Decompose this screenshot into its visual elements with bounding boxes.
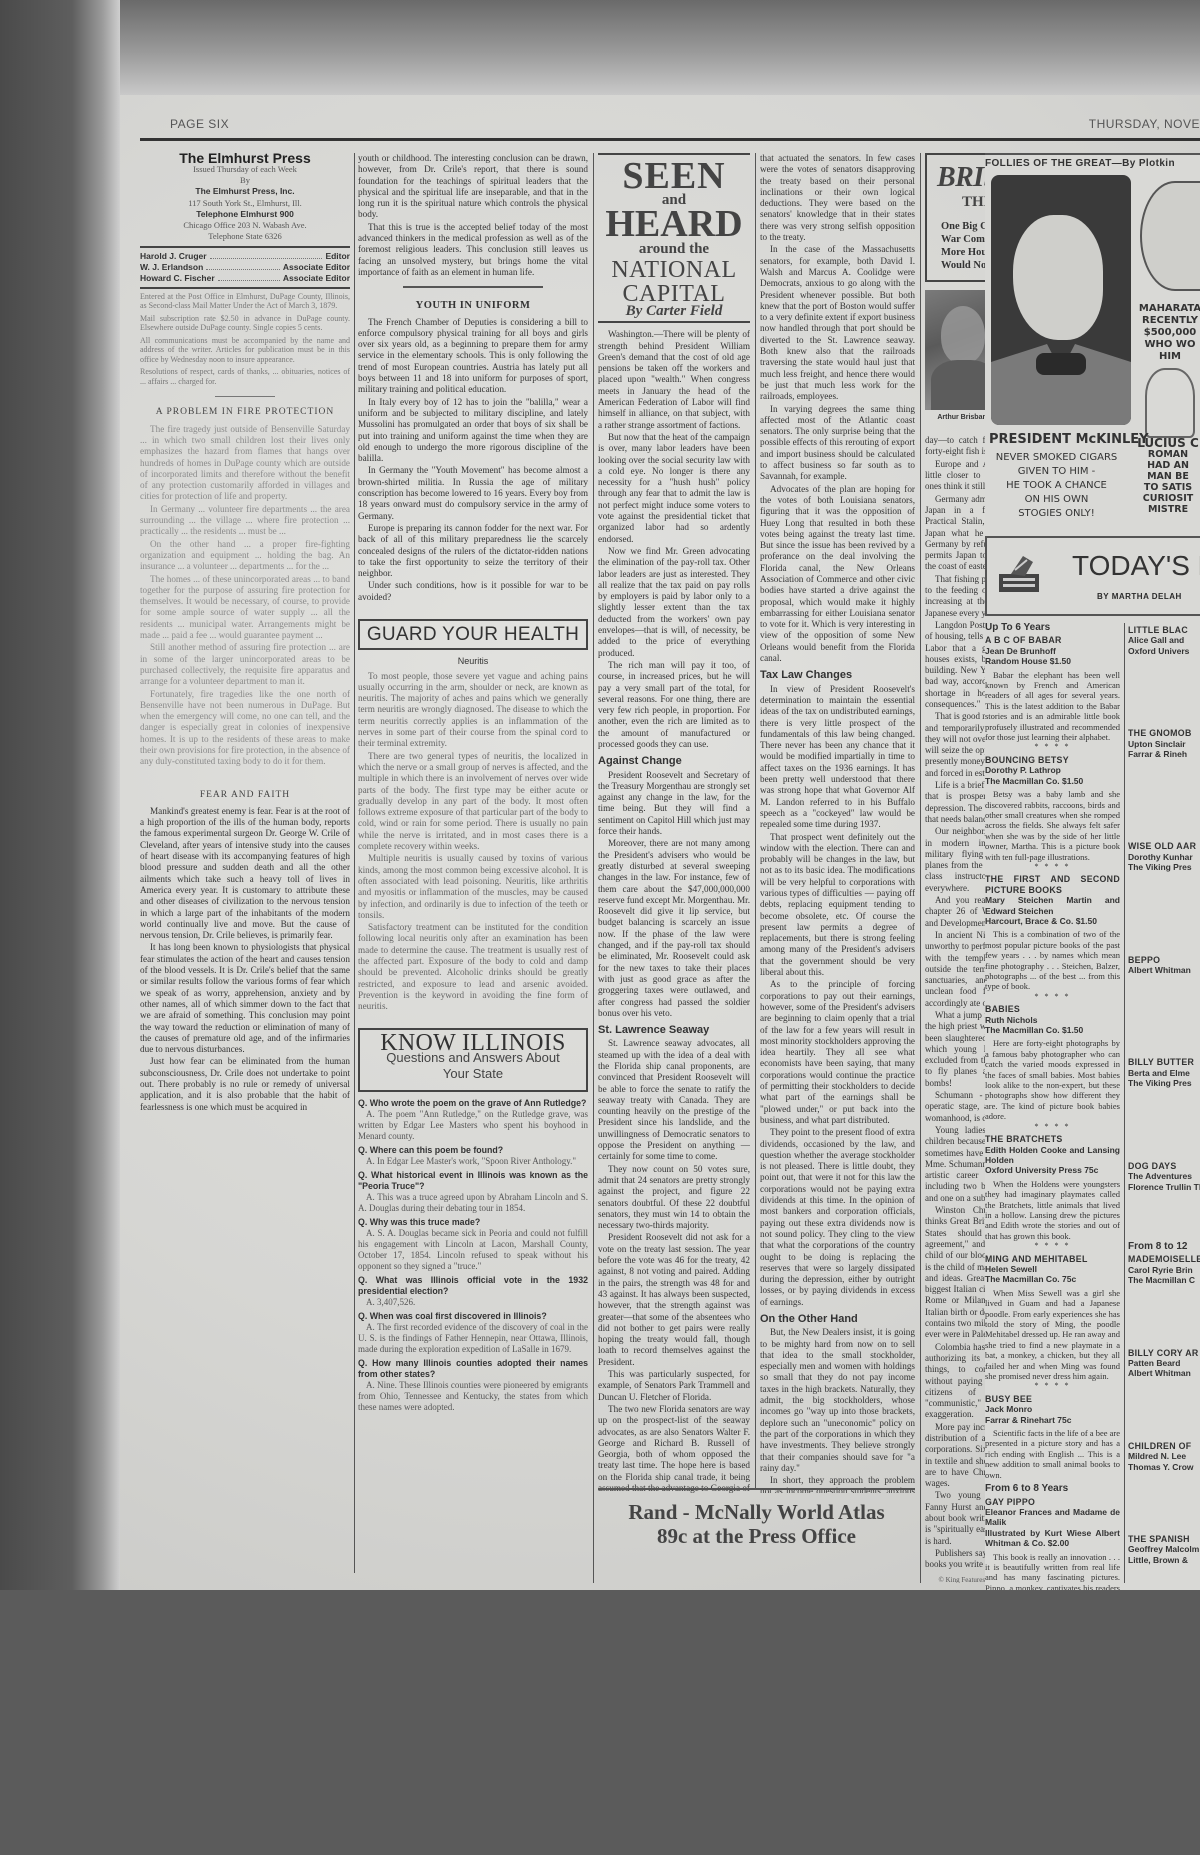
book-description: Babar the elephant has been well known b… [985, 670, 1120, 743]
paragraph: In Germany ... volunteer fire department… [140, 504, 350, 538]
book-publisher: The Macmillan C [1128, 1275, 1200, 1285]
banner-word: HEARD [598, 207, 750, 241]
separator-stars: * * * * [985, 742, 1120, 752]
column-rule [354, 153, 355, 1573]
paragraph: On the other hand ... a proper fire-figh… [140, 539, 350, 573]
paragraph: that actuated the senators. In few cases… [760, 153, 915, 243]
column-features: youth or childhood. The interesting conc… [358, 153, 588, 1573]
caption-line: HAD AN [1133, 460, 1200, 471]
ad-line: 89c at the Press Office [598, 1524, 915, 1548]
question: Q. Why was this truce made? [358, 1217, 588, 1228]
book-publisher: The Viking Pres [1128, 1078, 1200, 1088]
masthead-title: The Elmhurst Press [140, 153, 350, 164]
paragraph: Moreover, there are not many among the P… [598, 838, 750, 1019]
masthead-address: 117 South York St., Elmhurst, Ill. [140, 198, 350, 209]
paragraph: The rich man will pay it too, of course,… [598, 660, 750, 750]
paragraph: President Roosevelt did not ask for a vo… [598, 1232, 750, 1368]
subhead: Tax Law Changes [760, 670, 915, 681]
editorial-headline: FEAR AND FAITH [140, 790, 350, 801]
book-author: Mildred N. Lee [1128, 1451, 1200, 1461]
page-date: THURSDAY, NOVE [1089, 117, 1200, 131]
resolutions-notice: Resolutions of respect, cards of thanks,… [140, 367, 350, 386]
book-publisher: Illustrated by Kurt Wiese Albert Whitman… [985, 1528, 1120, 1549]
book-author: Patten Beard [1128, 1358, 1200, 1368]
staff-role: Associate Editor [283, 273, 350, 284]
answer: A. Nine. These Illinois counties were pi… [358, 1380, 588, 1413]
book-publisher: Little, Brown & [1128, 1555, 1200, 1565]
book-author: Carol Ryrie Brin [1128, 1265, 1200, 1275]
staff-row: Harold J. CrugerEditor [140, 251, 350, 262]
separator-stars: * * * * [985, 992, 1120, 1002]
answer: A. The first recorded evidence of the di… [358, 1322, 588, 1355]
entry-notice: Entered at the Post Office in Elmhurst, … [140, 292, 350, 311]
masthead-by: By [140, 175, 350, 186]
book-publisher: Random House $1.50 [985, 656, 1120, 666]
paragraph: Just how fear can be eliminated from the… [140, 1056, 350, 1112]
book-publisher: Albert Whitman [1128, 1368, 1200, 1378]
book-publisher: Oxford Univers [1128, 646, 1200, 656]
paragraph: They now count on 50 votes sure, admit t… [598, 1164, 750, 1232]
scan-background-top [0, 0, 1200, 95]
book-list-left: Up To 6 Years A B C OF BABAR Jean De Bru… [985, 623, 1120, 1590]
caption-line: RECENTLY [1135, 315, 1200, 327]
age-group: From 8 to 12 [1128, 1242, 1200, 1252]
column-seen-heard-cont: that actuated the senators. In few cases… [760, 153, 915, 1493]
caption-line: NEVER SMOKED CIGARS [989, 451, 1124, 465]
paragraph: They point to the present flood of extra… [760, 1127, 915, 1308]
paragraph: As to the principle of forcing corporati… [760, 979, 915, 1126]
book-author: Dorothy P. Lathrop [985, 765, 1120, 775]
divider [403, 286, 543, 288]
book-publisher: Florence Trullin Thomas Y. Crow [1128, 1182, 1200, 1192]
byline: By Carter Field [598, 306, 750, 317]
paragraph: This was particularly suspected, for exa… [598, 1369, 750, 1403]
paragraph: To most people, those severe yet vague a… [358, 671, 588, 750]
subscription-notice: Mail subscription rate $2.50 in advance … [140, 314, 350, 333]
page-header: PAGE SIX THURSDAY, NOVE [140, 115, 1200, 141]
book-author: Jean De Brunhoff [985, 646, 1120, 656]
book-publisher: Harcourt, Brace & Co. $1.50 [985, 916, 1120, 926]
divider [215, 396, 275, 397]
paragraph: youth or childhood. The interesting conc… [358, 153, 588, 221]
book-title: BILLY CORY AR [1128, 1348, 1200, 1358]
column-rule [920, 153, 921, 1583]
staff-role: Editor [325, 251, 350, 262]
book-title: BOUNCING BETSY [985, 755, 1120, 765]
book-author: Albert Whitman [1128, 965, 1200, 975]
book-description: Here are forty-eight photographs by a fa… [985, 1038, 1120, 1121]
side-caption-1: MAHARATA RECENTLY $500,000 WHO WO HIM [1135, 303, 1200, 363]
caption-line: LUCIUS C [1133, 438, 1200, 449]
paragraph: But, the New Dealers insist, it is going… [760, 1327, 915, 1474]
side-caption-2: LUCIUS C ROMAN HAD AN MAN BE TO SATIS CU… [1133, 438, 1200, 515]
book-stack-icon [997, 552, 1041, 596]
paragraph: Multiple neuritis is usually caused by t… [358, 853, 588, 921]
age-group: From 6 to 8 Years [985, 1484, 1120, 1494]
health-body: To most people, those severe yet vague a… [358, 671, 588, 1013]
paragraph: St. Lawrence seaway advocates, all steam… [598, 1038, 750, 1162]
communications-notice: All communications must be accompanied b… [140, 336, 350, 365]
caption-line: TO SATIS [1133, 482, 1200, 493]
question: Q. When was coal first discovered in Ill… [358, 1311, 588, 1322]
question: Q. Who wrote the poem on the grave of An… [358, 1098, 588, 1109]
roman-figure [1145, 368, 1195, 438]
staff-list: Harold J. CrugerEditor W. J. ErlandsonAs… [140, 248, 350, 289]
portrait-bowtie [1036, 353, 1086, 375]
portrait-coat [991, 335, 1131, 425]
ad-line: Rand - McNally World Atlas [598, 1500, 915, 1524]
scan-background-bottom [0, 1590, 1200, 1855]
subhead: St. Lawrence Seaway [598, 1025, 750, 1036]
book-title: LITTLE BLAC [1128, 625, 1200, 635]
staff-name: Howard C. Fischer [140, 273, 215, 284]
editorial-body: The fire tragedy just outside of Bensenv… [140, 424, 350, 768]
books-banner: TODAY'S B BY MARTHA DELAH [985, 536, 1200, 616]
paragraph: In varying degrees the same thing affect… [760, 404, 915, 483]
subhead: Against Change [598, 756, 750, 767]
maharaja-portrait [1140, 181, 1200, 291]
book-description: This is a combination of two of the most… [985, 929, 1120, 991]
book-description: Scientific facts in the life of a bee ar… [985, 1428, 1120, 1480]
caption-line: $500,000 [1135, 327, 1200, 339]
qa-list: Q. Who wrote the poem on the grave of An… [358, 1098, 588, 1413]
caption-line: CURIOSIT [1133, 493, 1200, 504]
page-number: PAGE SIX [170, 117, 229, 131]
question: Q. How many Illinois counties adopted th… [358, 1358, 588, 1380]
staff-row: W. J. ErlandsonAssociate Editor [140, 262, 350, 273]
paragraph: In Italy every boy of 12 has to join the… [358, 397, 588, 465]
book-author: Mary Steichen Martin and Edward Steichen [985, 895, 1120, 916]
column-rule [1124, 623, 1125, 1583]
column-editorial: The Elmhurst Press Issued Thursday of ea… [140, 153, 350, 1573]
separator-stars: * * * * [985, 1241, 1120, 1251]
editorial-body: Mankind's greatest enemy is fear. Fear i… [140, 806, 350, 1113]
paragraph: Washington.—There will be plenty of stre… [598, 329, 750, 431]
book-description: Betsy was a baby lamb and she discovered… [985, 789, 1120, 862]
subhead: On the Other Hand [760, 1314, 915, 1325]
book-author: Edith Holden Cooke and Lansing Holden [985, 1145, 1120, 1166]
answer: A. This was a truce agreed upon by Abrah… [358, 1192, 588, 1214]
portrait-face [1013, 215, 1103, 340]
book-publisher: The Macmillan Co. 75c [985, 1274, 1120, 1284]
book-publisher: Thomas Y. Crow [1128, 1462, 1200, 1472]
book-publisher: The Macmillan Co. $1.50 [985, 1025, 1120, 1035]
cartoon-subcaption: NEVER SMOKED CIGARS GIVEN TO HIM - HE TO… [989, 451, 1124, 521]
book-author: Dorothy Kunhar [1128, 852, 1200, 862]
paragraph: The two new Florida senators are way up … [598, 1404, 750, 1493]
masthead: The Elmhurst Press Issued Thursday of ea… [140, 153, 350, 248]
caption-line: HIM [1135, 351, 1200, 363]
book-publisher: The Viking Pres [1128, 862, 1200, 872]
caption-line: ROMAN [1133, 449, 1200, 460]
caption-line: ON HIS OWN [989, 493, 1124, 507]
book-title: BABIES [985, 1004, 1120, 1014]
paragraph: It has long been known to physiologists … [140, 942, 350, 1055]
paragraph: President Roosevelt and Secretary of the… [598, 770, 750, 838]
know-illinois-banner: KNOW ILLINOIS Questions and Answers Abou… [358, 1028, 588, 1091]
answer: A. In Edgar Lee Master's work, "Spoon Ri… [358, 1156, 588, 1167]
column-seen-heard: SEEN and HEARD around the NATIONAL CAPIT… [598, 153, 750, 1493]
book-title: THE GNOMOB [1128, 728, 1200, 738]
book-author: Eleanor Frances and Madame de Malik [985, 1507, 1120, 1528]
paragraph: Europe is preparing its cannon fodder fo… [358, 523, 588, 579]
book-author: Helen Sewell [985, 1264, 1120, 1274]
caption-line: HE TOOK A CHANCE [989, 479, 1124, 493]
caption-line: MAHARATA [1135, 303, 1200, 315]
paragraph: Advocates of the plan are hoping for the… [760, 484, 915, 665]
book-publisher: The Macmillan Co. $1.50 [985, 776, 1120, 786]
book-author: Alice Gall and [1128, 635, 1200, 645]
staff-name: Harold J. Cruger [140, 251, 207, 262]
book-title: BUSY BEE [985, 1394, 1120, 1404]
book-author: Upton Sinclair [1128, 739, 1200, 749]
mckinley-portrait [991, 175, 1131, 425]
banner-word: SEEN [598, 159, 750, 193]
book-author: The Adventures [1128, 1171, 1200, 1181]
paragraph: Now we find Mr. Green advocating the eli… [598, 546, 750, 659]
book-title: MADEMOISELLE [1128, 1254, 1200, 1264]
separator-stars: * * * * [985, 862, 1120, 872]
paragraph: That this is true is the accepted belief… [358, 222, 588, 278]
staff-row: Howard C. FischerAssociate Editor [140, 273, 350, 284]
paragraph: In Germany the "Youth Movement" has beco… [358, 465, 588, 521]
paragraph: The French Chamber of Deputies is consid… [358, 317, 588, 396]
paragraph: That prospect went definitely out the wi… [760, 832, 915, 979]
know-illinois-title: KNOW ILLINOIS [364, 1038, 582, 1049]
paragraph: Under such conditions, how is it possibl… [358, 580, 588, 603]
know-illinois-subtitle: Questions and Answers About [364, 1050, 582, 1066]
book-title: CHILDREN OF [1128, 1441, 1200, 1451]
caption-line: MISTRE [1133, 504, 1200, 515]
book-publisher: Oxford University Press 75c [985, 1165, 1120, 1175]
books-banner-title: TODAY'S B [1072, 550, 1200, 582]
masthead-chicago-phone: Telephone State 6326 [140, 231, 350, 242]
book-title: MING AND MEHITABEL [985, 1254, 1120, 1264]
paragraph: Still another method of assuring fire pr… [140, 642, 350, 687]
book-title: BEPPO [1128, 955, 1200, 965]
health-banner-title: GUARD YOUR HEALTH [364, 629, 582, 640]
book-title: THE FIRST AND SECOND PICTURE BOOKS [985, 874, 1120, 895]
answer: A. 3,407,526. [358, 1297, 588, 1308]
right-column: FOLLIES OF THE GREAT—By Plotkin MAHARATA… [985, 153, 1200, 1590]
paragraph: Fortunately, fire tragedies like the one… [140, 689, 350, 768]
answer: A. S. A. Douglas became sick in Peoria a… [358, 1228, 588, 1272]
paragraph: But now that the heat of the campaign is… [598, 432, 750, 545]
atlas-advertisement: Rand - McNally World Atlas 89c at the Pr… [598, 1488, 915, 1588]
book-title: BILLY BUTTER [1128, 1057, 1200, 1067]
paragraph: There are two general types of neuritis,… [358, 751, 588, 853]
paragraph: The homes ... of these unincorporated ar… [140, 574, 350, 642]
book-author: Jack Monro [985, 1404, 1120, 1414]
staff-name: W. J. Erlandson [140, 262, 203, 273]
paragraph: Satisfactory treatment can be instituted… [358, 922, 588, 1012]
book-description: This book is really an innovation . . . … [985, 1552, 1120, 1590]
book-list-right: LITTLE BLAC Alice Gall and Oxford Univer… [1128, 623, 1200, 1590]
age-group: Up To 6 Years [985, 623, 1120, 633]
scan-background-left [0, 0, 120, 1600]
book-publisher: Farrar & Rineh [1128, 749, 1200, 759]
paragraph: The fire tragedy just outside of Bensenv… [140, 424, 350, 503]
column-rule [755, 153, 756, 1488]
book-author: Ruth Nichols [985, 1015, 1120, 1025]
know-illinois-subtitle: Your State [364, 1066, 582, 1082]
caption-line: WHO WO [1135, 339, 1200, 351]
book-author: Berta and Elme [1128, 1068, 1200, 1078]
caption-line: STOGIES ONLY! [989, 507, 1124, 521]
youth-headline: YOUTH IN UNIFORM [358, 300, 588, 311]
caption-line: GIVEN TO HIM - [989, 465, 1124, 479]
book-description: When Miss Sewell was a girl she lived in… [985, 1288, 1120, 1382]
book-title: THE SPANISH [1128, 1534, 1200, 1544]
staff-role: Associate Editor [283, 262, 350, 273]
separator-stars: * * * * [985, 1122, 1120, 1132]
book-description: When the Holdens were youngsters they ha… [985, 1179, 1120, 1241]
separator-stars: * * * * [985, 1381, 1120, 1391]
question: Q. Where can this poem be found? [358, 1145, 588, 1156]
book-title: WISE OLD AAR [1128, 841, 1200, 851]
paragraph: In view of President Roosevelt's determi… [760, 684, 915, 831]
paragraph: Mankind's greatest enemy is fear. Fear i… [140, 806, 350, 942]
editorial-headline: A PROBLEM IN FIRE PROTECTION [140, 407, 350, 418]
book-publisher: Farrar & Rinehart 75c [985, 1415, 1120, 1425]
question: Q. What was Illinois official vote in th… [358, 1275, 588, 1297]
answer: A. The poem "Ann Rutledge," on the Rutle… [358, 1109, 588, 1142]
health-banner: GUARD YOUR HEALTH [358, 619, 588, 650]
health-subtitle: Neuritis [358, 656, 588, 667]
masthead-issued: Issued Thursday of each Week [140, 164, 350, 175]
books-byline: BY MARTHA DELAH [1097, 592, 1182, 601]
masthead-telephone: Telephone Elmhurst 900 [140, 209, 350, 220]
paragraph: In the case of the Massachusetts senator… [760, 244, 915, 402]
question: Q. What historical event in Illinois was… [358, 1170, 588, 1192]
banner-word: NATIONAL [598, 258, 750, 282]
book-title: THE BRATCHETS [985, 1134, 1120, 1144]
cartoon-caption: PRESIDENT McKINLEY [989, 432, 1149, 447]
book-title: DOG DAYS [1128, 1161, 1200, 1171]
book-title: A B C OF BABAR [985, 635, 1120, 645]
masthead-chicago-office: Chicago Office 203 N. Wabash Ave. [140, 220, 350, 231]
book-title: GAY PIPPO [985, 1497, 1120, 1507]
caption-line: MAN BE [1133, 471, 1200, 482]
book-author: Geoffrey Malcolm [1128, 1544, 1200, 1554]
masthead-publisher: The Elmhurst Press, Inc. [140, 186, 350, 197]
column-rule [593, 153, 594, 1583]
seen-heard-banner: SEEN and HEARD around the NATIONAL CAPIT… [598, 153, 750, 323]
cartoon-title: FOLLIES OF THE GREAT—By Plotkin [985, 153, 1200, 169]
